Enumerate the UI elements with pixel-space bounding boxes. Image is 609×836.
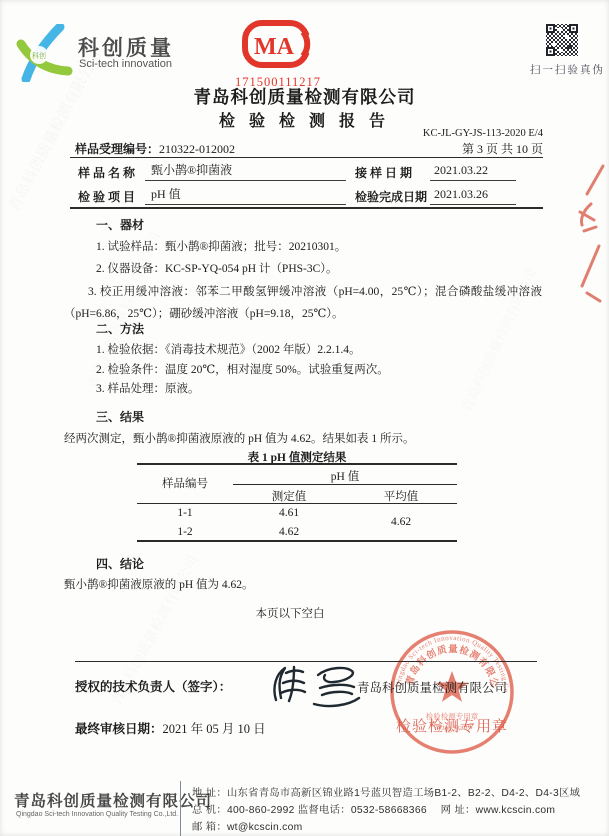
sample-name-value: 甄小鹊®抑菌液 bbox=[145, 161, 346, 181]
table-average-value: 4.62 bbox=[345, 516, 457, 528]
table-row-sample-id: 1-2 bbox=[137, 526, 233, 538]
complete-date-value: 2021.03.26 bbox=[430, 185, 516, 205]
section-2-item: 1. 检验依据：《消毒技术规范》（2002 年版）2.2.1.4。 bbox=[96, 341, 361, 357]
company-logo: 科创 bbox=[16, 24, 74, 87]
final-review-date-label: 最终审核日期： bbox=[75, 722, 163, 736]
edge-red-mark-icon bbox=[559, 160, 609, 310]
table-col-average-header: 平均值 bbox=[345, 488, 457, 504]
report-company-title: 青岛科创质量检测有限公司 bbox=[0, 84, 609, 109]
section-3-intro: 经两次测定，甄小鹊®抑菌液原液的 pH 值为 4.62。结果如表 1 所示。 bbox=[64, 430, 415, 446]
svg-text:科创: 科创 bbox=[32, 51, 46, 60]
footer-phone: 总 机：400-860-2992 监督电话：0532-58668366 网 址：… bbox=[192, 801, 555, 816]
table-row-measured: 4.61 bbox=[233, 507, 345, 519]
qr-code-icon bbox=[545, 23, 579, 57]
section-1-item: 1. 试验样品：甄小鹊®抑菌液；批号：20210301。 bbox=[96, 238, 346, 254]
svg-text:MA: MA bbox=[254, 34, 295, 60]
section-3-heading: 三、结果 bbox=[96, 408, 144, 425]
table-col-sample-header: 样品编号 bbox=[137, 475, 233, 491]
footer-divider bbox=[180, 781, 181, 836]
report-page: 青岛科创质量检测有限公司 青岛科创质量检测有限公司 青岛科创质量检测有限公司 青… bbox=[0, 0, 609, 836]
final-review-date-value: 2021 年 05 月 10 日 bbox=[163, 722, 266, 736]
section-1-item: 3. 校正用缓冲溶液：邻苯二甲酸氢钾缓冲溶液（pH=4.00，25℃）；混合磷酸… bbox=[64, 281, 542, 325]
footer-address: 地 址：山东省青岛市高新区锦业路1号蓝贝智造工场B1-2、B2-2、D4-2、D… bbox=[192, 784, 580, 799]
section-4-text: 甄小鹊®抑菌液原液的 pH 值为 4.62。 bbox=[64, 576, 254, 592]
table-group-header: pH 值 bbox=[233, 468, 457, 484]
footer-company-cn: 青岛科创质量检测有限公司 bbox=[14, 789, 212, 811]
section-2-heading: 二、方法 bbox=[96, 320, 144, 337]
section-4-heading: 四、结论 bbox=[96, 555, 144, 572]
approval-company-name: 青岛科创质量检测有限公司 bbox=[357, 678, 507, 696]
blank-below-note: 本页以下空白 bbox=[0, 605, 580, 621]
test-item-value: pH 值 bbox=[145, 185, 346, 205]
logo-en-text: Sci-tech innovation bbox=[79, 58, 172, 70]
doc-code: KC-JL-GY-JS-113-2020 E/4 bbox=[0, 128, 543, 139]
kc-logo-icon: 科创 bbox=[16, 24, 74, 82]
section-1-item: 2. 仪器设备：KC-SP-YQ-054 pH 计（PHS-3C）。 bbox=[96, 260, 338, 276]
table-row-measured: 4.62 bbox=[233, 526, 345, 538]
table-col-measured-header: 测定值 bbox=[233, 488, 345, 504]
qr-caption: 扫一扫验真伪 bbox=[530, 62, 605, 77]
section-2-item: 2. 检验条件：温度 20℃，相对湿度 50%。试验重复两次。 bbox=[96, 361, 389, 377]
authorized-signer-label: 授权的技术负责人（签字）： bbox=[75, 677, 231, 695]
footer-company-en: Qingdao Sci-tech Innovation Quality Test… bbox=[16, 811, 178, 818]
complete-date-label: 检验完成日期 bbox=[355, 188, 427, 205]
sample-name-label: 样 品 名 称 bbox=[78, 164, 135, 181]
page-indicator: 第 3 页 共 10 页 bbox=[0, 140, 543, 157]
qr-code bbox=[545, 23, 579, 62]
cma-icon: MA bbox=[240, 18, 316, 70]
stamp-caption-text: 检验检测专用章 bbox=[387, 715, 517, 736]
test-item-label: 检 验 项 目 bbox=[78, 188, 135, 205]
receive-date-value: 2021.03.22 bbox=[430, 161, 516, 181]
section-1-heading: 一、器材 bbox=[96, 216, 144, 233]
cma-mark: MA 171500111217 bbox=[228, 18, 328, 90]
signature bbox=[262, 660, 366, 708]
receive-date-label: 接 样 日 期 bbox=[355, 164, 412, 181]
section-2-item: 3. 样品处理：原液。 bbox=[96, 380, 200, 396]
footer-email: 邮 箱：wt@kcscin.com bbox=[192, 818, 303, 833]
table-row-sample-id: 1-1 bbox=[137, 507, 233, 519]
